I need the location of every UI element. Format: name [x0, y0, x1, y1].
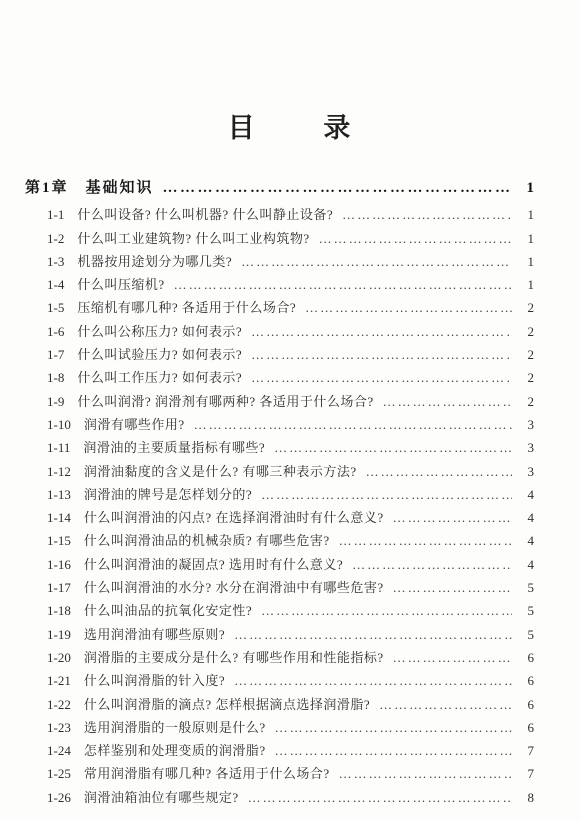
chapter-title: 基础知识 [86, 177, 154, 200]
entry-number: 1-11 [47, 436, 70, 459]
toc-entry: 1-5 压缩机有哪几种? 各适用于什么场合? ……………………………………………… [47, 296, 534, 319]
dot-leader: …………………………………………………………………………………………………………… [251, 343, 512, 366]
toc-entry: 1-6 什么叫公称压力? 如何表示? ………………………………………………………… [47, 320, 534, 343]
dot-leader: …………………………………………………………………………………………………………… [275, 739, 512, 762]
toc-entry: 1-11 润滑油的主要质量指标有哪些? ……………………………………………………… [47, 436, 534, 459]
dot-leader: …………………………………………………………………………………………………………… [339, 529, 512, 552]
entry-number: 1-25 [47, 762, 71, 785]
entry-title: 润滑有哪些作用? [84, 413, 185, 436]
entry-number: 1-20 [47, 646, 71, 669]
entry-page-number: 1 [519, 203, 534, 226]
toc-entry: 1-16 什么叫润滑油的凝固点? 选用时有什么意义? …………………………………… [47, 553, 534, 576]
entry-number: 1-26 [47, 786, 71, 809]
entry-title: 润滑油箱油位有哪些规定? [84, 786, 239, 809]
entry-number: 1-8 [47, 366, 64, 389]
dot-leader: …………………………………………………………………………………………………………… [163, 177, 512, 200]
dot-leader: …………………………………………………………………………………………………………… [251, 366, 512, 389]
toc-list: 第1章 基础知识 …………………………………………………………………………………… [0, 177, 580, 809]
toc-entry: 1-14 什么叫润滑油的闪点? 在选择润滑油时有什么意义? …………………………… [47, 506, 534, 529]
dot-leader: …………………………………………………………………………………………………………… [275, 716, 512, 739]
dot-leader: …………………………………………………………………………………………………………… [251, 320, 512, 343]
entry-title: 选用润滑脂的一般原则是什么? [84, 716, 266, 739]
dot-leader: …………………………………………………………………………………………………………… [234, 623, 512, 646]
entry-page-number: 4 [519, 553, 534, 576]
toc-entry: 1-7 什么叫试验压力? 如何表示? ………………………………………………………… [47, 343, 534, 366]
dot-leader: …………………………………………………………………………………………………………… [234, 669, 512, 692]
entry-title: 什么叫润滑油的水分? 水分在润滑油中有哪些危害? [84, 576, 384, 599]
toc-entry: 1-3 机器按用途划分为哪几类? ……………………………………………………………… [47, 250, 534, 273]
page-title: 目 录 [0, 0, 580, 145]
dot-leader: …………………………………………………………………………………………………………… [339, 762, 512, 785]
entry-number: 1-10 [47, 413, 71, 436]
entry-number: 1-19 [47, 623, 71, 646]
dot-leader: …………………………………………………………………………………………………………… [393, 576, 512, 599]
entry-number: 1-22 [47, 693, 71, 716]
entry-title: 什么叫油品的抗氧化安定性? [84, 599, 252, 622]
entry-title: 什么叫设备? 什么叫机器? 什么叫静止设备? [77, 203, 333, 226]
entry-title: 什么叫公称压力? 如何表示? [77, 320, 242, 343]
toc-entry: 1-9 什么叫润滑? 润滑剂有哪两种? 各适用于什么场合? …………………………… [47, 390, 534, 413]
entry-page-number: 1 [519, 273, 534, 296]
dot-leader: …………………………………………………………………………………………………………… [342, 203, 512, 226]
entry-page-number: 5 [519, 599, 534, 622]
entry-number: 1-5 [47, 296, 64, 319]
entry-number: 1-12 [47, 460, 71, 483]
entry-number: 1-24 [47, 739, 71, 762]
entry-page-number: 2 [519, 343, 534, 366]
entry-title: 什么叫工业建筑物? 什么叫工业构筑物? [77, 227, 309, 250]
dot-leader: …………………………………………………………………………………………………………… [319, 227, 512, 250]
toc-entry: 1-8 什么叫工作压力? 如何表示? ………………………………………………………… [47, 366, 534, 389]
entry-page-number: 1 [519, 250, 534, 273]
dot-leader: …………………………………………………………………………………………………………… [194, 413, 512, 436]
entry-number: 1-6 [47, 320, 64, 343]
toc-entry: 1-21 什么叫润滑脂的针入度? ……………………………………………………………… [47, 669, 534, 692]
entry-title: 什么叫润滑脂的针入度? [84, 669, 225, 692]
entry-title: 什么叫润滑油的闪点? 在选择润滑油时有什么意义? [84, 506, 384, 529]
entry-page-number: 6 [519, 716, 534, 739]
entry-page-number: 3 [519, 460, 534, 483]
toc-entry: 1-13 润滑油的牌号是怎样划分的? ………………………………………………………… [47, 483, 534, 506]
toc-entry: 1-23 选用润滑脂的一般原则是什么? ……………………………………………………… [47, 716, 534, 739]
toc-entry: 1-25 常用润滑脂有哪几种? 各适用于什么场合? ……………………………………… [47, 762, 534, 785]
entry-page-number: 7 [519, 762, 534, 785]
entry-title: 什么叫工作压力? 如何表示? [77, 366, 242, 389]
entry-title: 怎样鉴别和处理变质的润滑脂? [84, 739, 266, 762]
toc-entry: 1-15 什么叫润滑油品的机械杂质? 有哪些危害? ……………………………………… [47, 529, 534, 552]
chapter-heading: 第1章 基础知识 …………………………………………………………………………………… [25, 177, 534, 200]
entry-title: 机器按用途划分为哪几类? [77, 250, 232, 273]
entry-title: 压缩机有哪几种? 各适用于什么场合? [77, 296, 296, 319]
entry-number: 1-3 [47, 250, 64, 273]
dot-leader: …………………………………………………………………………………………………………… [352, 553, 512, 576]
entry-title: 什么叫润滑油的凝固点? 选用时有什么意义? [84, 553, 343, 576]
entry-page-number: 2 [519, 390, 534, 413]
toc-entry: 1-22 什么叫润滑脂的滴点? 怎样根据滴点选择润滑脂? ……………………………… [47, 693, 534, 716]
entry-number: 1-13 [47, 483, 71, 506]
entry-number: 1-2 [47, 227, 64, 250]
entry-page-number: 7 [519, 739, 534, 762]
entry-page-number: 6 [519, 693, 534, 716]
chapter-label: 第1章 [25, 177, 69, 200]
entry-number: 1-17 [47, 576, 71, 599]
entry-number: 1-4 [47, 273, 64, 296]
entry-page-number: 3 [519, 436, 534, 459]
entry-number: 1-21 [47, 669, 71, 692]
entry-number: 1-15 [47, 529, 71, 552]
entry-title: 什么叫润滑脂的滴点? 怎样根据滴点选择润滑脂? [84, 693, 370, 716]
dot-leader: …………………………………………………………………………………………………………… [241, 250, 512, 273]
entry-number: 1-14 [47, 506, 71, 529]
entry-title: 选用润滑油有哪些原则? [84, 623, 225, 646]
entry-page-number: 4 [519, 529, 534, 552]
entry-page-number: 6 [519, 669, 534, 692]
entry-page-number: 3 [519, 413, 534, 436]
dot-leader: …………………………………………………………………………………………………………… [379, 693, 512, 716]
dot-leader: …………………………………………………………………………………………………………… [393, 646, 512, 669]
entry-number: 1-1 [47, 203, 64, 226]
toc-entry: 1-18 什么叫油品的抗氧化安定性? ………………………………………………………… [47, 599, 534, 622]
dot-leader: …………………………………………………………………………………………………………… [248, 786, 512, 809]
entry-page-number: 2 [519, 296, 534, 319]
toc-entry: 1-20 润滑脂的主要成分是什么? 有哪些作用和性能指标? …………………………… [47, 646, 534, 669]
dot-leader: …………………………………………………………………………………………………………… [383, 390, 512, 413]
toc-entry: 1-1 什么叫设备? 什么叫机器? 什么叫静止设备? …………………………………… [47, 203, 534, 226]
entry-page-number: 4 [519, 483, 534, 506]
entry-page-number: 5 [519, 623, 534, 646]
entry-page-number: 2 [519, 366, 534, 389]
toc-entry: 1-4 什么叫压缩机? …………………………………………………………………………… [47, 273, 534, 296]
dot-leader: …………………………………………………………………………………………………………… [393, 506, 512, 529]
entry-page-number: 8 [519, 786, 534, 809]
entry-title: 常用润滑脂有哪几种? 各适用于什么场合? [84, 762, 330, 785]
toc-entry: 1-10 润滑有哪些作用? ……………………………………………………………………… [47, 413, 534, 436]
dot-leader: …………………………………………………………………………………………………………… [261, 599, 512, 622]
entry-title: 什么叫润滑? 润滑剂有哪两种? 各适用于什么场合? [77, 390, 373, 413]
entry-title: 什么叫压缩机? [77, 273, 164, 296]
dot-leader: …………………………………………………………………………………………………………… [366, 460, 512, 483]
entry-title: 润滑油的主要质量指标有哪些? [83, 436, 265, 459]
entry-page-number: 4 [519, 506, 534, 529]
entry-title: 什么叫试验压力? 如何表示? [77, 343, 242, 366]
dot-leader: …………………………………………………………………………………………………………… [261, 483, 512, 506]
entry-number: 1-23 [47, 716, 71, 739]
toc-entry: 1-26 润滑油箱油位有哪些规定? …………………………………………………………… [47, 786, 534, 809]
toc-entry: 1-17 什么叫润滑油的水分? 水分在润滑油中有哪些危害? …………………………… [47, 576, 534, 599]
chapter-page-number: 1 [519, 177, 534, 200]
entry-page-number: 6 [519, 646, 534, 669]
entry-page-number: 2 [519, 320, 534, 343]
entry-title: 润滑脂的主要成分是什么? 有哪些作用和性能指标? [84, 646, 384, 669]
entry-title: 润滑油的牌号是怎样划分的? [84, 483, 252, 506]
chapter-entries: 1-1 什么叫设备? 什么叫机器? 什么叫静止设备? …………………………………… [47, 203, 534, 809]
toc-page: 目 录 第1章 基础知识 ………………………………………………………………………… [0, 0, 580, 820]
toc-entry: 1-12 润滑油黏度的含义是什么? 有哪三种表示方法? ………………………………… [47, 460, 534, 483]
toc-entry: 1-24 怎样鉴别和处理变质的润滑脂? ……………………………………………………… [47, 739, 534, 762]
entry-number: 1-7 [47, 343, 64, 366]
entry-number: 1-18 [47, 599, 71, 622]
entry-number: 1-9 [47, 390, 64, 413]
dot-leader: …………………………………………………………………………………………………………… [174, 273, 512, 296]
entry-title: 润滑油黏度的含义是什么? 有哪三种表示方法? [84, 460, 357, 483]
toc-entry: 1-19 选用润滑油有哪些原则? ……………………………………………………………… [47, 623, 534, 646]
entry-number: 1-16 [47, 553, 71, 576]
entry-title: 什么叫润滑油品的机械杂质? 有哪些危害? [84, 529, 330, 552]
entry-page-number: 5 [519, 576, 534, 599]
toc-entry: 1-2 什么叫工业建筑物? 什么叫工业构筑物? …………………………………………… [47, 227, 534, 250]
dot-leader: …………………………………………………………………………………………………………… [274, 436, 512, 459]
dot-leader: …………………………………………………………………………………………………………… [305, 296, 512, 319]
entry-page-number: 1 [519, 227, 534, 250]
